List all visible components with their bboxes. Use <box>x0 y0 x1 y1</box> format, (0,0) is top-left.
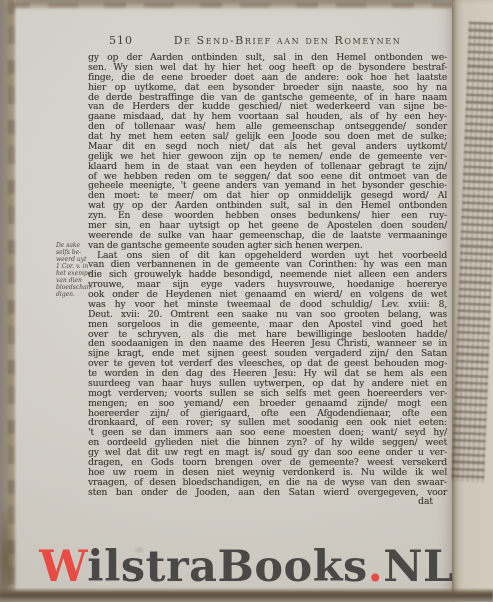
facing-page-edge <box>452 0 493 602</box>
margin-note-line: weerd uyt <box>56 256 89 263</box>
facing-page-blurred-text <box>451 22 493 483</box>
watermark-text: ilstraBooks <box>87 542 367 592</box>
catchword: dat <box>88 497 447 507</box>
margin-note-line: bloedschan- <box>56 284 89 291</box>
watermark-letter-w: W <box>39 542 87 592</box>
margin-note-line: van dien <box>56 277 89 284</box>
margin-note-line: het exempel <box>56 270 89 277</box>
watermark: WilstraBooks.NL <box>0 545 493 589</box>
margin-note-line: 1 Cor. v. in <box>56 263 89 270</box>
margin-note-line: De sake <box>56 242 89 249</box>
margin-note-line: selfs be- <box>56 249 89 256</box>
book-photo: De sakeselfs be-weerd uyt1 Cor. v. inhet… <box>0 0 493 602</box>
watermark-suffix: NL <box>383 542 454 592</box>
margin-note: De sakeselfs be-weerd uyt1 Cor. v. inhet… <box>56 242 89 298</box>
page-number: 510 <box>109 34 133 47</box>
watermark-dot: . <box>368 542 383 592</box>
body-text: gy op der Aarden ontbinden sult, sal in … <box>88 53 447 497</box>
book-page: De sakeselfs be-weerd uyt1 Cor. v. inhet… <box>11 5 453 594</box>
page-deckle-edge-top <box>8 3 453 8</box>
running-title: De Send-Brief aan den Romeynen <box>148 34 427 47</box>
text-line: sten ban onder de Jooden, aan den Satan … <box>88 488 447 498</box>
margin-note-line: digen. <box>56 291 89 298</box>
page-header: 510 De Send-Brief aan den Romeynen <box>88 30 447 52</box>
printed-content: 510 De Send-Brief aan den Romeynen gy op… <box>88 30 447 507</box>
